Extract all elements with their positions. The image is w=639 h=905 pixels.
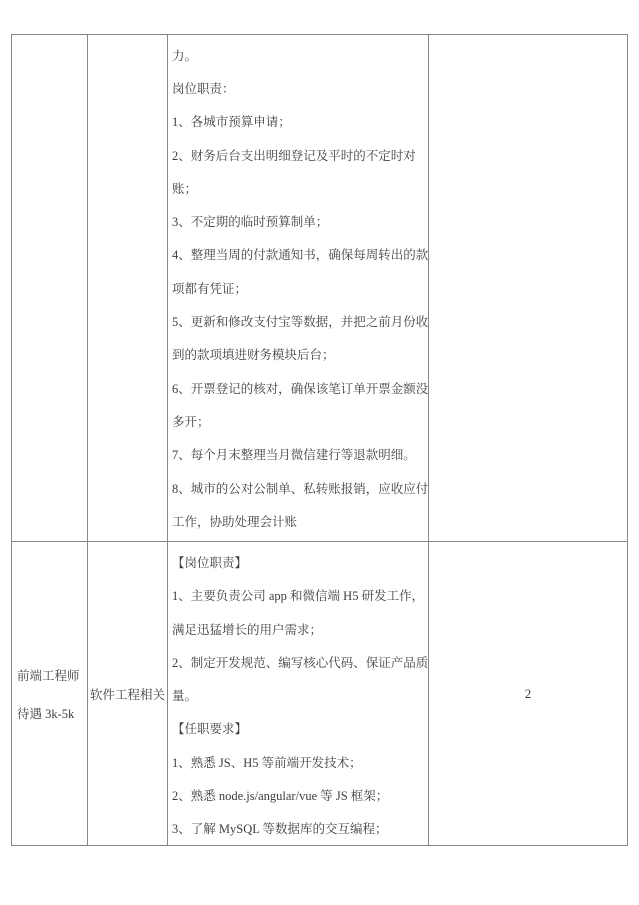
text-line: 7、每个月末整理当月微信建行等退款明细。 xyxy=(172,438,426,471)
cell-headcount: 2 xyxy=(429,542,627,845)
text-line: 3、了解 MySQL 等数据库的交互编程； xyxy=(172,812,426,845)
cell-major-requirement: 软件工程相关 xyxy=(88,542,168,845)
text-line: 账； xyxy=(172,171,426,204)
headcount-value: 2 xyxy=(525,686,532,702)
text-line: 2、熟悉 node.js/angular/vue 等 JS 框架； xyxy=(172,778,426,811)
text-line: 多开； xyxy=(172,404,426,437)
text-line: 满足迅猛增长的用户需求； xyxy=(172,612,426,645)
document-page: 力。岗位职责：1、各城市预算申请；2、财务后台支出明细登记及平时的不定时对账；3… xyxy=(0,0,639,905)
text-line: 1、各城市预算申请； xyxy=(172,105,426,138)
text-line: 岗位职责： xyxy=(172,71,426,104)
cell-major-requirement xyxy=(88,35,168,541)
cell-job-description: 力。岗位职责：1、各城市预算申请；2、财务后台支出明细登记及平时的不定时对账；3… xyxy=(168,35,429,541)
text-line: 【岗位职责】 xyxy=(172,545,426,578)
text-line: 1、熟悉 JS、H5 等前端开发技术； xyxy=(172,745,426,778)
text-line: 待遇 3k-5k xyxy=(17,694,87,732)
cell-position xyxy=(12,35,88,541)
text-line: 8、城市的公对公制单、私转账报销，应收应付 xyxy=(172,471,426,504)
text-line: 1、主要负责公司 app 和微信端 H5 研发工作， xyxy=(172,579,426,612)
text-line: 4、整理当周的付款通知书，确保每周转出的款 xyxy=(172,238,426,271)
text-line: 前端工程师 xyxy=(17,656,87,694)
cell-headcount xyxy=(429,35,627,541)
text-line: 量。 xyxy=(172,679,426,712)
text-line: 工作，协助处理会计账 xyxy=(172,504,426,537)
text-line: 软件工程相关 xyxy=(90,675,167,713)
text-line: 2、制定开发规范、编写核心代码、保证产品质 xyxy=(172,645,426,678)
text-line: 【任职要求】 xyxy=(172,712,426,745)
cell-position: 前端工程师待遇 3k-5k xyxy=(12,542,88,845)
job-positions-table: 力。岗位职责：1、各城市预算申请；2、财务后台支出明细登记及平时的不定时对账；3… xyxy=(11,34,628,846)
text-line: 力。 xyxy=(172,38,426,71)
cell-job-description: 【岗位职责】1、主要负责公司 app 和微信端 H5 研发工作，满足迅猛增长的用… xyxy=(168,542,429,845)
table-row: 力。岗位职责：1、各城市预算申请；2、财务后台支出明细登记及平时的不定时对账；3… xyxy=(12,35,627,542)
text-line: 6、开票登记的核对，确保该笔订单开票金额没 xyxy=(172,371,426,404)
text-line: 2、财务后台支出明细登记及平时的不定时对 xyxy=(172,138,426,171)
text-line: 3、不定期的临时预算制单； xyxy=(172,204,426,237)
text-line: 到的款项填进财务模块后台； xyxy=(172,338,426,371)
table-row: 前端工程师待遇 3k-5k 软件工程相关 【岗位职责】1、主要负责公司 app … xyxy=(12,542,627,845)
text-line: 项都有凭证； xyxy=(172,271,426,304)
text-line: 5、更新和修改支付宝等数据，并把之前月份收 xyxy=(172,304,426,337)
